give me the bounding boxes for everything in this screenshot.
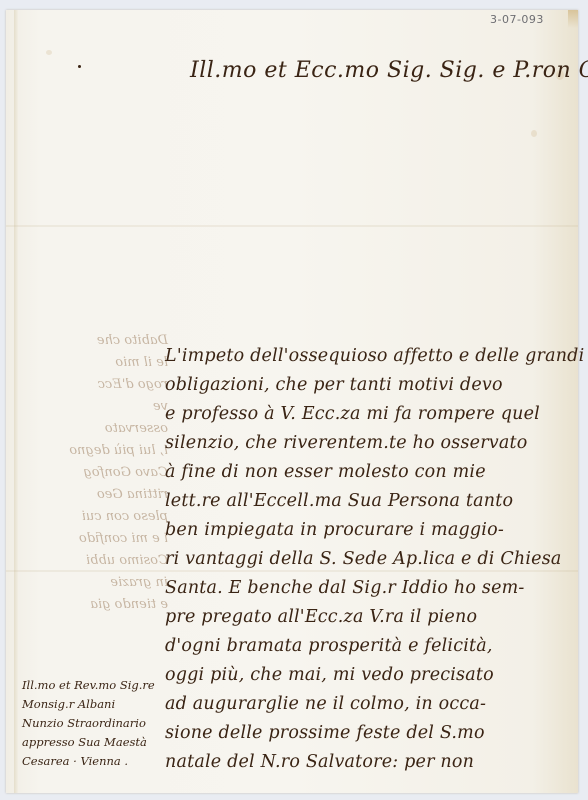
bleed-line: le il mio (18, 352, 168, 374)
bleed-line: Cosimo ubbi (18, 550, 168, 572)
body-line: ad augurarglie ne il colmo, in occa- (165, 690, 584, 719)
body-line: sione delle prossime feste del S.mo (165, 719, 584, 748)
body-line: e professo à V. Ecc.za mi fa rompere que… (165, 400, 584, 429)
body-line: oggi più, che mai, mi vedo precisato (165, 661, 584, 690)
archive-number: 3-07-093 (490, 13, 544, 26)
bleed-line: rogo d'Ecc (18, 374, 168, 396)
body-line: ri vantaggi della S. Sede Ap.lica e di C… (165, 545, 584, 574)
bleed-line: Cavo Gonfog (18, 462, 168, 484)
body-line: natale del N.ro Salvatore: per non (165, 748, 584, 777)
salutation: Ill.mo et Ecc.mo Sig. Sig. e P.ron Col.m… (190, 58, 588, 83)
letter-body: L'impeto dell'ossequioso affetto e delle… (165, 342, 584, 777)
address-line: appresso Sua Maestà (22, 733, 155, 752)
bleed-line: i e mi confido (18, 528, 168, 550)
bleed-through-text: Dabito che le il mio rogo d'Ecc ve osser… (18, 330, 168, 616)
bleed-line: rittina Geo (18, 484, 168, 506)
bleed-line: pleso con cui (18, 506, 168, 528)
bleed-line: e tiendo gia (18, 594, 168, 616)
body-line: lett.re all'Eccell.ma Sua Persona tanto (165, 487, 584, 516)
body-line: Santa. E benche dal Sig.r Iddio ho sem- (165, 574, 584, 603)
page-corner-stain (568, 10, 578, 28)
body-line: à fine di non esser molesto con mie (165, 458, 584, 487)
address-line: Cesarea · Vienna . (22, 752, 155, 771)
body-line: obligazioni, che per tanti motivi devo (165, 371, 584, 400)
paper-foxing (531, 130, 537, 137)
body-line: silenzio, che riverentem.te ho osservato (165, 429, 584, 458)
address-line: Monsig.r Albani (22, 695, 155, 714)
bleed-line: in grazie (18, 572, 168, 594)
bleed-line: osservato (18, 418, 168, 440)
body-line: ben impiegata in procurare i maggio- (165, 516, 584, 545)
page-crease (6, 225, 578, 227)
bleed-line: Dabito che (18, 330, 168, 352)
bleed-line: i, lui più degno (18, 440, 168, 462)
recipient-address: Ill.mo et Rev.mo Sig.re Monsig.r Albani … (22, 676, 155, 771)
body-line: d'ogni bramata prosperità e felicità, (165, 632, 584, 661)
bleed-line: ve (18, 396, 168, 418)
body-line: L'impeto dell'ossequioso affetto e delle… (165, 342, 584, 371)
paper-foxing (46, 50, 52, 55)
address-line: Nunzio Straordinario (22, 714, 155, 733)
address-line: Ill.mo et Rev.mo Sig.re (22, 676, 155, 695)
body-line: pre pregato all'Ecc.za V.ra il pieno (165, 603, 584, 632)
ink-spot (78, 65, 81, 68)
